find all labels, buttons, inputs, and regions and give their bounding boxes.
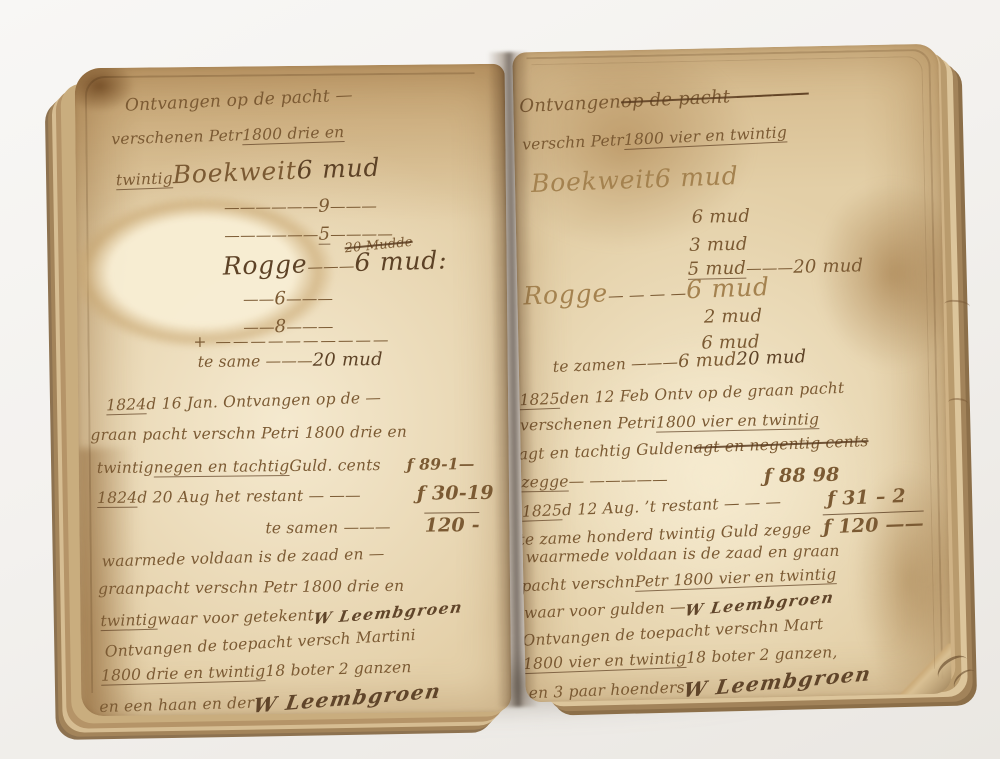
ink-text: Boekweit bbox=[530, 163, 655, 199]
ink-text: —————— bbox=[224, 226, 318, 246]
ink-text: waar voor gulden — bbox=[524, 598, 686, 624]
ink-text: 18 boter 2 ganzen bbox=[265, 658, 412, 681]
ink-text: twintig bbox=[97, 458, 154, 478]
ink-text: Petr 1800 vier en twintig bbox=[635, 565, 837, 592]
manuscript-line: —— 6 ——— bbox=[243, 288, 333, 311]
photo-of-open-manuscript-book: { "scene": { "background_color": "#f3f1e… bbox=[0, 0, 1000, 759]
ink-text: d 16 Jan. Ontvangen op de — bbox=[146, 389, 381, 415]
ink-text: 6 mud bbox=[678, 349, 737, 374]
fore-edge-pen-mark bbox=[943, 299, 970, 313]
ink-text: —————— bbox=[224, 198, 318, 218]
manuscript-line: verschenen Petr 1800 drie en bbox=[111, 123, 345, 150]
ink-text: zegge bbox=[521, 472, 569, 492]
manuscript-line: en een haan en der W Leembgroen bbox=[99, 684, 440, 717]
ink-text: ƒ 88 98 bbox=[764, 464, 840, 489]
signature: W Leembgroen bbox=[251, 679, 443, 717]
ink-text: 1800 drie en twintig bbox=[101, 662, 266, 686]
ink-text: 120 - bbox=[425, 512, 480, 538]
ink-text: pacht verschn bbox=[521, 573, 635, 597]
ink-text: 18 boter 2 ganzen, bbox=[686, 643, 838, 668]
manuscript-line: Boekweit 6 mud bbox=[530, 160, 739, 199]
right-page-text-layer: Ontvangen op de pacht ————verschn Petr 1… bbox=[512, 44, 952, 703]
manuscript-line: 1800 drie en twintig 18 boter 2 ganzen bbox=[101, 658, 412, 686]
ink-text: Ontvangen bbox=[519, 91, 622, 118]
ink-text: 3 mud bbox=[689, 234, 748, 258]
ink-text: ƒ 89-1— bbox=[407, 454, 475, 474]
ink-text: 1800 vier en twintig bbox=[623, 123, 787, 150]
ink-text: 6 mud bbox=[686, 271, 771, 305]
ink-text: Rogge bbox=[222, 248, 308, 282]
ink-text: negen en tachtig bbox=[154, 457, 290, 478]
manuscript-line: 3 mud bbox=[689, 234, 748, 258]
ink-text: te samen ——— bbox=[265, 518, 390, 539]
manuscript-line: 2 mud bbox=[704, 305, 763, 329]
ink-text: den 12 Feb Ontv op de graan pacht bbox=[559, 379, 844, 409]
ink-text: ƒ 120 —— bbox=[823, 510, 925, 540]
manuscript-line: verschn Petr 1800 vier en twintig bbox=[522, 123, 788, 155]
fore-edge-pen-mark bbox=[948, 397, 969, 408]
ink-text: 6 mud bbox=[296, 152, 381, 186]
ink-text: op de pacht ———— bbox=[620, 83, 809, 114]
ink-text: en een haan en der bbox=[99, 694, 254, 717]
ink-text: d 20 Aug het restant — —— bbox=[137, 486, 361, 508]
ink-text: Ontvangen de toepacht versch Martini bbox=[104, 626, 416, 662]
ink-text: verschn Petr bbox=[522, 131, 625, 155]
ink-text: 1824 bbox=[106, 395, 147, 415]
ink-text: twintig bbox=[116, 169, 174, 190]
ink-text: Ontvangen op de pacht — bbox=[125, 85, 354, 117]
ink-text: —— bbox=[243, 290, 275, 310]
manuscript-line: 6 mud bbox=[692, 206, 751, 230]
manuscript-line: 1825 den 12 Feb Ontv op de graan pacht bbox=[519, 379, 845, 411]
ink-text: Boekweit bbox=[172, 155, 297, 191]
ink-text: — ————— bbox=[568, 470, 668, 491]
ink-text: Guld. cents bbox=[289, 456, 381, 476]
ink-text: 20 mud bbox=[736, 346, 807, 371]
manuscript-line: Ontvangen op de pacht — bbox=[125, 85, 354, 117]
ink-text: verschenen Petr bbox=[111, 126, 242, 149]
manuscript-line: agt en tachtig Gulden agt en negentig ce… bbox=[518, 432, 869, 465]
manuscript-line: Ontvangen de toepacht versch Martini bbox=[104, 626, 416, 662]
ink-text: en 3 paar hoenders bbox=[528, 678, 685, 702]
ink-text: 1800 vier en twintig bbox=[656, 410, 820, 433]
manuscript-line: twintig negen en tachtig Guld. centsƒ 89… bbox=[97, 454, 475, 478]
manuscript-line: te zamen ——— 6 mud 20 mud bbox=[552, 346, 806, 378]
ink-text: 6 mud bbox=[654, 160, 739, 194]
manuscript-line: graan pacht verschn Petri 1800 drie en bbox=[90, 423, 407, 446]
manuscript-line: te samen ———120 - bbox=[265, 512, 480, 540]
ink-text: 1824 bbox=[97, 489, 137, 509]
ink-text: 20 mud bbox=[793, 255, 863, 279]
ink-text: 9 bbox=[318, 196, 330, 219]
ink-text: 1800 drie en bbox=[242, 123, 345, 146]
ink-text: 5 bbox=[318, 224, 330, 247]
ink-text: ƒ 30-19 bbox=[417, 482, 494, 507]
ink-text: graanpacht verschn Petr 1800 drie en bbox=[98, 577, 404, 600]
manuscript-line: twintig Boekweit 6 mud bbox=[115, 152, 381, 193]
ink-text: 2 mud bbox=[704, 305, 763, 329]
ink-text: te zamen ——— bbox=[553, 353, 679, 377]
left-page-text-layer: Ontvangen op de pacht —verschenen Petr 1… bbox=[75, 64, 512, 716]
manuscript-line: 1824 d 16 Jan. Ontvangen op de — bbox=[106, 389, 381, 416]
manuscript-line: te same ——— 20 mud bbox=[198, 349, 383, 373]
ink-text: 1825 bbox=[522, 501, 563, 522]
ink-text: 20 mud bbox=[313, 349, 383, 372]
ink-text: 6 mud: bbox=[354, 244, 448, 278]
left-page: Ontvangen op de pacht —verschenen Petr 1… bbox=[75, 64, 512, 716]
ink-text: waar voor getekent bbox=[157, 606, 314, 630]
ink-text: ——— bbox=[307, 257, 355, 278]
ink-text: agt en tachtig Gulden bbox=[518, 439, 694, 465]
ink-text: Rogge bbox=[523, 277, 609, 311]
ink-text: verschenen Petri bbox=[520, 414, 656, 436]
ink-text: — — — — bbox=[608, 284, 687, 306]
ink-text: te same ——— bbox=[198, 352, 313, 373]
manuscript-line: graanpacht verschn Petr 1800 drie en bbox=[98, 577, 404, 600]
ink-text: ——— bbox=[330, 197, 377, 217]
manuscript-line: Rogge ——— 6 mud: bbox=[222, 244, 447, 282]
ink-text: 6 bbox=[274, 288, 286, 311]
ink-text: 6 mud bbox=[692, 206, 751, 230]
ink-text: twintig bbox=[100, 611, 157, 632]
ink-text: ƒ 31 – 2 bbox=[827, 485, 907, 512]
ink-text: agt en negentig cents bbox=[693, 432, 869, 458]
right-page: Ontvangen op de pacht ————verschn Petr 1… bbox=[512, 44, 952, 703]
manuscript-line: —————— 9 ——— bbox=[224, 195, 377, 219]
manuscript-line: verschenen Petri 1800 vier en twintig bbox=[520, 410, 819, 436]
manuscript-line: 1824 d 20 Aug het restant — ——ƒ 30-19 bbox=[97, 482, 494, 510]
ink-text: graan pacht verschn Petri 1800 drie en bbox=[90, 423, 407, 446]
manuscript-line: waarmede voldaan is de zaad en — bbox=[102, 545, 385, 572]
ink-text: ——— bbox=[286, 290, 333, 310]
ink-text: waarmede voldaan is de zaad en — bbox=[102, 545, 385, 572]
ink-text: 1825 bbox=[519, 390, 560, 411]
manuscript-line: Ontvangen op de pacht ———— bbox=[519, 83, 809, 119]
ink-text: 1800 vier en twintig bbox=[523, 649, 687, 675]
signature: W Leembgroen bbox=[312, 597, 465, 628]
